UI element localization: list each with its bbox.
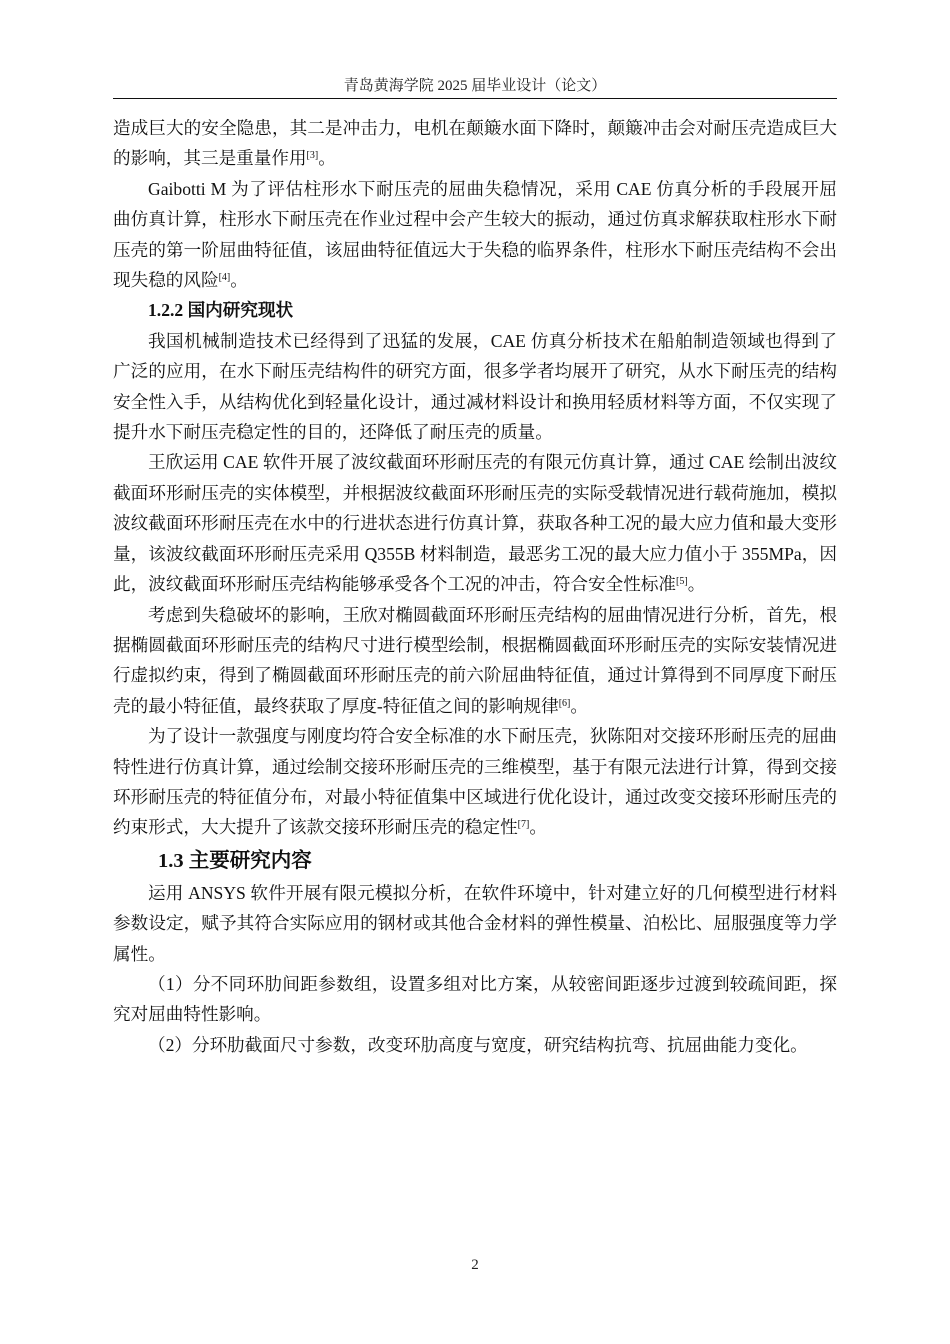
paragraph-wangxin-corrugated: 王欣运用 CAE 软件开展了波纹截面环形耐压壳的有限元仿真计算，通过 CAE 绘… [113,447,837,599]
section-heading-1-3: 1.3 主要研究内容 [113,845,837,878]
section-heading-1-2-2: 1.2.2 国内研究现状 [113,295,837,325]
paragraph-continuation: 造成巨大的安全隐患，其二是冲击力，电机在颠簸水面下降时，颠簸冲击会对耐压壳造成巨… [113,113,837,174]
citation-4: [4] [219,272,231,283]
page-number: 2 [0,1257,950,1274]
list-item-1: （1）分不同环肋间距参数组，设置多组对比方案，从较密间距逐步过渡到较疏间距，探究… [113,969,837,1030]
citation-5: [5] [676,576,688,587]
paragraph-dichenyang: 为了设计一款强度与刚度均符合安全标准的水下耐压壳，狄陈阳对交接环形耐压壳的屈曲特… [113,721,837,843]
paragraph-gaibotti: Gaibotti M 为了评估柱形水下耐压壳的屈曲失稳情况，采用 CAE 仿真分… [113,174,837,296]
page-body: 造成巨大的安全隐患，其二是冲击力，电机在颠簸水面下降时，颠簸冲击会对耐压壳造成巨… [113,113,837,1060]
citation-3: [3] [307,150,319,161]
paragraph-wangxin-elliptical: 考虑到失稳破坏的影响，王欣对椭圆截面环形耐压壳结构的屈曲情况进行分析，首先，根据… [113,600,837,722]
citation-6: [6] [559,698,571,709]
list-item-2: （2）分环肋截面尺寸参数，改变环肋高度与宽度，研究结构抗弯、抗屈曲能力变化。 [113,1030,837,1060]
running-header: 青岛黄海学院 2025 届毕业设计（论文） [113,76,837,96]
paragraph-domestic-overview: 我国机械制造技术已经得到了迅猛的发展，CAE 仿真分析技术在船舶制造领域也得到了… [113,326,837,448]
paragraph-ansys: 运用 ANSYS 软件开展有限元模拟分析，在软件环境中，针对建立好的几何模型进行… [113,878,837,969]
header-divider [113,98,837,99]
citation-7: [7] [518,819,530,830]
